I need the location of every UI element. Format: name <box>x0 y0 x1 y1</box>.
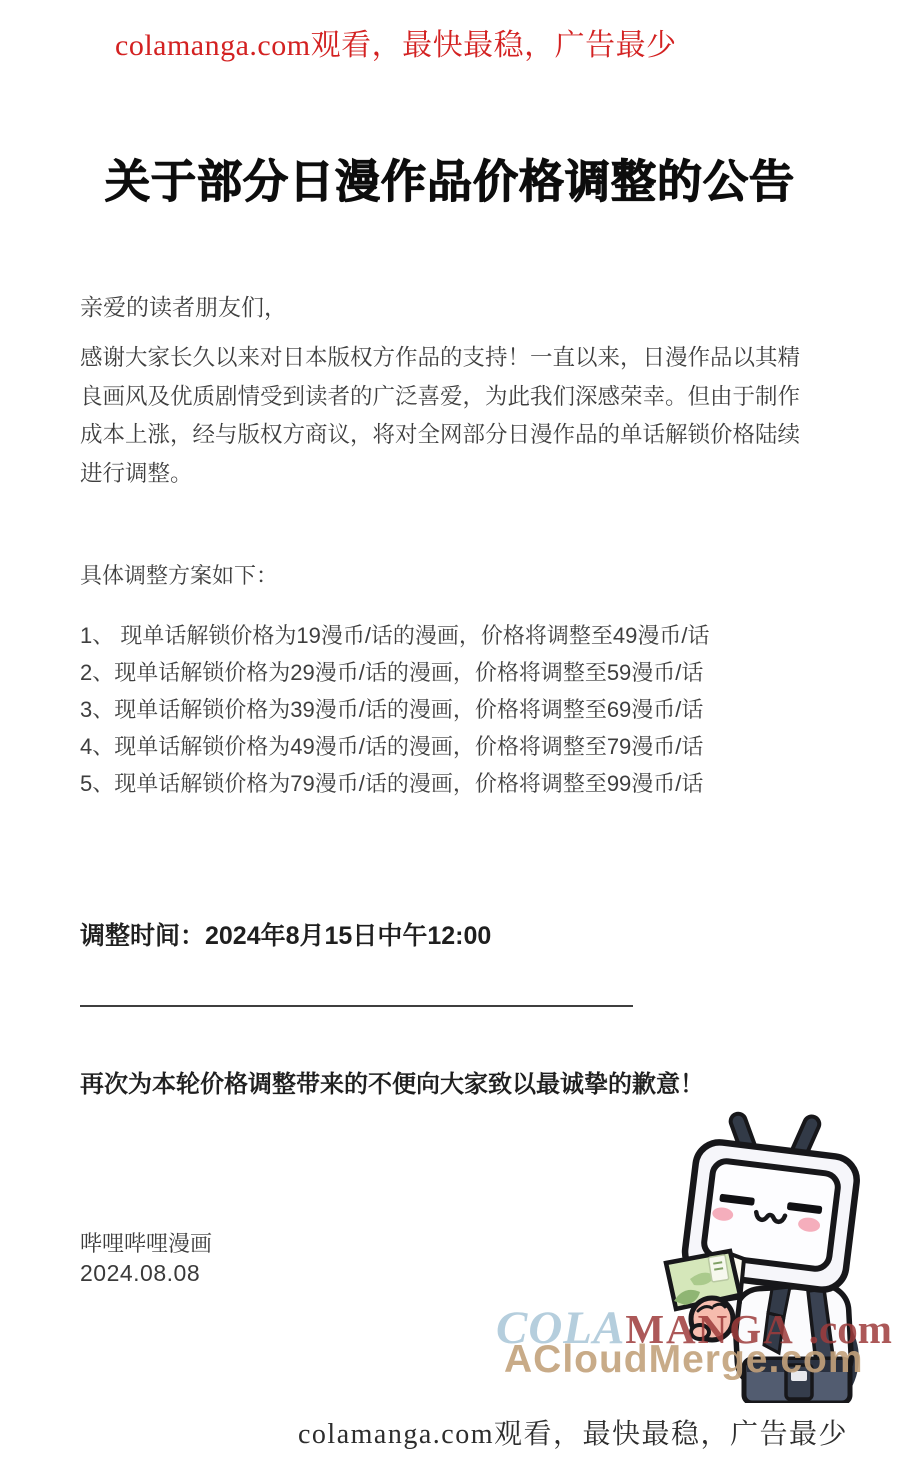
signature-date: 2024.08.08 <box>80 1260 200 1287</box>
intro-line: 成本上涨，经与版权方商议，将对全网部分日漫作品的单话解锁价格陆续 <box>80 416 800 455</box>
plan-item: 1、 现单话解锁价格为19漫币/话的漫画，价格将调整至49漫币/话 <box>80 617 710 654</box>
signature-name: 哔哩哔哩漫画 <box>80 1227 212 1258</box>
plan-item: 2、现单话解锁价格为29漫币/话的漫画，价格将调整至59漫币/话 <box>80 654 710 691</box>
plan-item: 3、现单话解锁价格为39漫币/话的漫画，价格将调整至69漫币/话 <box>80 691 710 728</box>
plan-item: 4、现单话解锁价格为49漫币/话的漫画，价格将调整至79漫币/话 <box>80 728 710 765</box>
divider-line <box>80 1005 633 1007</box>
plan-item: 5、现单话解锁价格为79漫币/话的漫画，价格将调整至99漫币/话 <box>80 765 710 802</box>
bottom-ad-banner: colamanga.com观看，最快最稳，广告最少 <box>298 1412 848 1452</box>
plan-list: 1、 现单话解锁价格为19漫币/话的漫画，价格将调整至49漫币/话 2、现单话解… <box>80 617 710 802</box>
greeting-text: 亲爱的读者朋友们， <box>80 289 287 322</box>
intro-line: 感谢大家长久以来对日本版权方作品的支持！一直以来，日漫作品以其精 <box>80 339 800 378</box>
announcement-title: 关于部分日漫作品价格调整的公告 <box>0 145 900 210</box>
plan-heading: 具体调整方案如下： <box>80 559 278 590</box>
effective-time-text: 调整时间：2024年8月15日中午12:00 <box>80 916 491 952</box>
watermark-acloudmerge: ACloudMerge.com <box>504 1338 864 1382</box>
top-ad-banner: colamanga.com观看，最快最稳，广告最少 <box>115 20 677 64</box>
intro-paragraph: 感谢大家长久以来对日本版权方作品的支持！一直以来，日漫作品以其精 良画风及优质剧… <box>80 339 800 493</box>
intro-line: 进行调整。 <box>80 455 800 494</box>
intro-line: 良画风及优质剧情受到读者的广泛喜爱，为此我们深感荣幸。但由于制作 <box>80 378 800 417</box>
apology-text: 再次为本轮价格调整带来的不便向大家致以最诚挚的歉意！ <box>80 1064 704 1099</box>
announcement-page: colamanga.com观看，最快最稳，广告最少 关于部分日漫作品价格调整的公… <box>0 0 900 1471</box>
